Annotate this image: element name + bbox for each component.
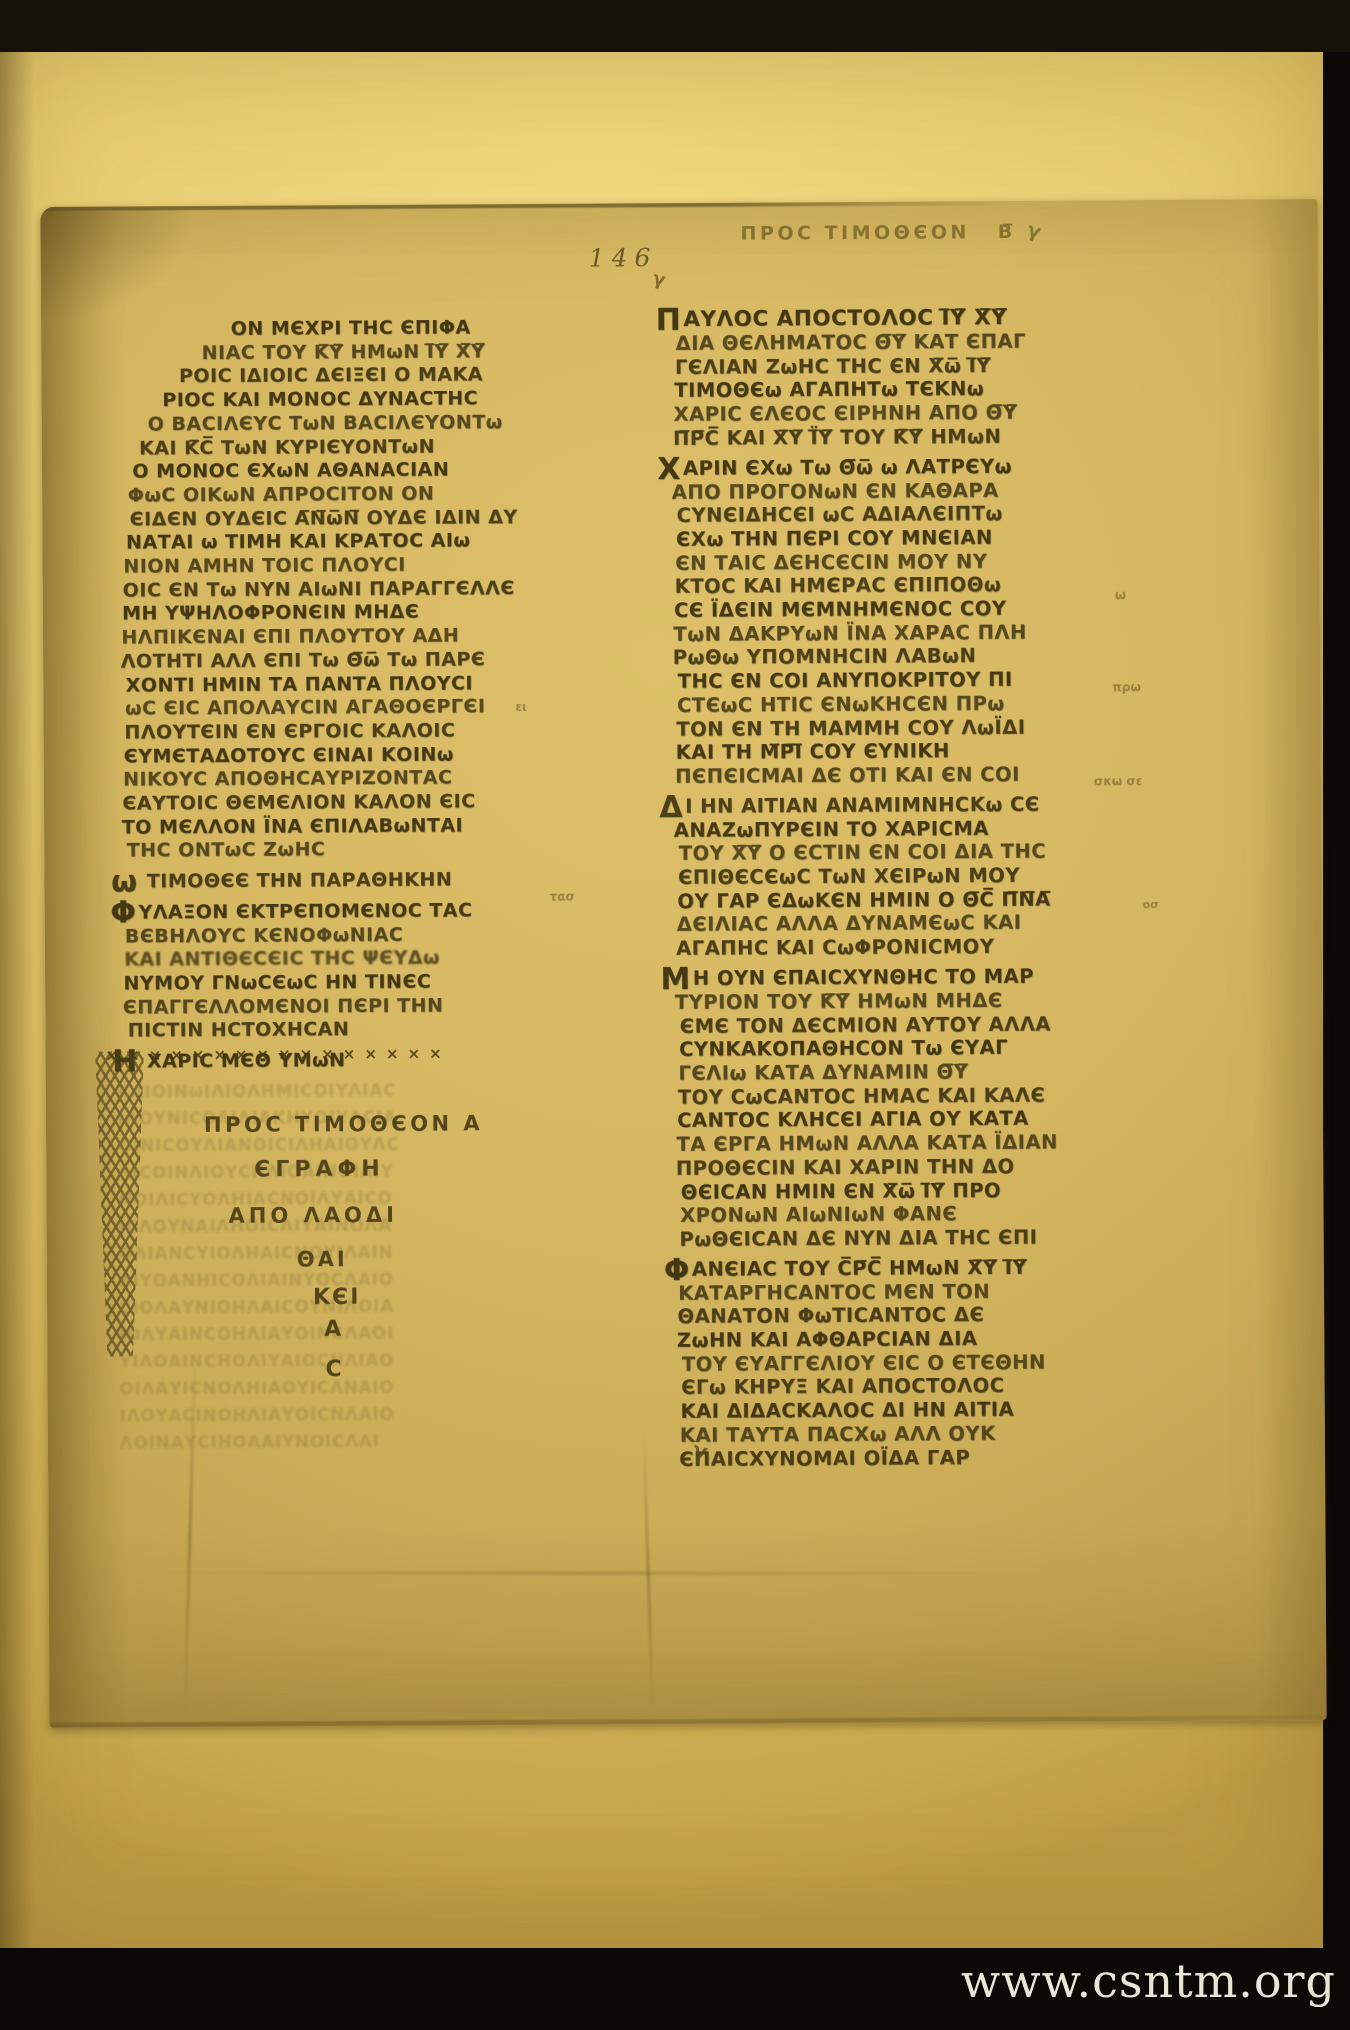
text-line: ΘΑΝΑΤΟΝ ΦωΤΙCΑΝΤΟC ΔЄ (677, 1303, 1137, 1330)
text-line: ΟΥ ΓΑΡ ЄΔωΚЄΝ ΗΜΙΝ Ο Θ̅C̅ Π̅Ν̅Α̅ (677, 887, 1137, 914)
retraced-subscription-word: ЄΓΡΑΦΗ (254, 1157, 385, 1183)
text-line: ΚΑΙ ΤΑΥΤΑ ΠΑCΧω ΑΛΛ ΟΥΚ (680, 1421, 1140, 1448)
text-line: ΚΤΟC ΚΑΙ ΗΜЄΡΑC ЄΠΙΠΟΘω (675, 573, 1135, 600)
text-line: ΡωΘЄΙCΑΝ ΔЄ ΝΥΝ ΔΙΑ ΤΗC ЄΠΙ (679, 1225, 1139, 1252)
text-line: ΝΑΤΑΙ ω ΤΙΜΗ ΚΑΙ ΚΡΑΤΟC ΑΙω (124, 529, 584, 556)
text-line: ΤΑ ЄΡΓΑ ΗΜωΝ ΑΛΛΑ ΚΑΤΑ ΪΔΙΑΝ (676, 1130, 1136, 1157)
text-line: ЄΑΥΤΟΙC ΘЄΜЄΛΙΟΝ ΚΑΛΟΝ ЄΙC (122, 790, 582, 817)
left-text-column: ΟΝ ΜЄΧΡΙ ΤΗC ЄΠΙΦΑΝΙΑC ΤΟΥ Κ̅Υ̅ ΗΜωΝ Ι̅Υ… (121, 316, 586, 1075)
text-line: ΜΗ ΥΨΗΛΟΦΡΟΝЄΙΝ ΜΗΔЄ (122, 600, 582, 627)
retraced-subscription-word: ΚЄΙ (313, 1285, 361, 1310)
text-line: ΓЄΛΙω ΚΑΤΑ ΔΥΝΑΜΙΝ Θ̅Υ̅ (678, 1059, 1138, 1086)
text-line: ΚΑΤΑΡΓΗCΑΝΤΟC ΜЄΝ ΤΟΝ (678, 1279, 1138, 1306)
text-line: ΚΑΙ Κ̅C̅ ΤωΝ ΚΥΡΙЄΥΟΝΤωΝ (121, 434, 581, 461)
text-line: ΦΑΝЄΙΑC ΤΟΥ C̅Ρ̅C̅ ΗΜωΝ Χ̅Υ̅ Ι̅Υ̅ (679, 1249, 1139, 1282)
text-line: ΡΟΙC ΙΔΙΟΙC ΔЄΙΞЄΙ Ο ΜΑΚΑ (123, 363, 583, 390)
text-line: ΠΛΟΥΤЄΙΝ ЄΝ ЄΡΓΟΙC ΚΑΛΟΙC (124, 719, 584, 746)
text-line: CЄ ΪΔЄΙΝ ΜЄΜΝΗΜЄΝΟC CΟΥ (674, 596, 1134, 623)
text-line: ΤΟΥ ЄΥΑΓΓЄΛΙΟΥ ЄΙC Ο ЄΤЄΘΗΝ (682, 1350, 1142, 1377)
text-line: ΖωΗΝ ΚΑΙ ΑΦΘΑΡCΙΑΝ ΔΙΑ (677, 1326, 1137, 1353)
text-line: Ο ΜΟΝΟC ЄΧωΝ ΑΘΑΝΑCΙΑΝ (120, 458, 580, 485)
text-line: ΚΑΙ ΑΝΤΙΘЄCЄΙC ΤΗC ΨЄΥΔω (124, 946, 584, 973)
large-initial-letter: ω (111, 868, 138, 898)
text-line: ΤΟ ΜЄΛΛΟΝ ΪΝΑ ЄΠΙΛΑΒωΝΤΑΙ (122, 813, 582, 840)
faded-text-line: ΙΛΟΥΑCΙΝΟΗΛΙΑΥΟΙCΝΛΑΙΟ (120, 1400, 580, 1430)
text-line: ΤωΝ ΔΑΚΡΥωΝ ΪΝΑ ΧΑΡΑC ΠΛΗ (673, 620, 1133, 647)
faded-text-line: ΙΟΛΥΑΙΝCΟΗΛΙΑΥΟΙΝCΛΑΟΙ (119, 1319, 579, 1349)
text-line: ΝΥΜΟΥ ΓΝωCЄωC ΗΝ ΤΙΝЄC (123, 970, 583, 997)
mat-left-shadow (0, 52, 34, 1948)
text-line: ΓЄΛΙΑΝ ΖωΗC ΤΗC ЄΝ Χ̅ω̅ Ι̅Υ̅ (675, 353, 1135, 380)
faded-text-line: ΛΟΙΝΑΥCΙΗΟΛΑΙΥΝΟΙCΛΑΙ (120, 1427, 580, 1457)
text-line: ΟΝ ΜЄΧΡΙ ΤΗC ЄΠΙΦΑ (119, 316, 579, 343)
text-line: ΤΙΜΟΘЄω ΑΓΑΠΗΤω ΤЄΚΝω (674, 377, 1134, 404)
large-initial-letter: Φ (110, 898, 136, 928)
retraced-subscription-word: C (325, 1357, 341, 1382)
text-line: ΤΟΥ Χ̅Υ̅ Ο ЄCΤΙΝ ЄΝ CΟΙ ΔΙΑ ΤΗC (679, 840, 1139, 867)
text-line: ΚΑΙ ΔΙΔΑCΚΑΛΟC ΔΙ ΗΝ ΑΙΤΙΑ (680, 1397, 1140, 1424)
text-line: ΚΑΙ ΤΗ Μ̅Ρ̅Ι̅ CΟΥ ЄΥΝΙΚΗ (676, 738, 1136, 765)
text-line: ΧΟΝΤΙ ΗΜΙΝ ΤΑ ΠΑΝΤΑ ΠΛΟΥCΙ (126, 671, 586, 698)
text-line: ΦΥΛΑΞΟΝ ЄΚΤΡЄΠΟΜЄΝΟC ΤΑC (125, 891, 585, 925)
marginal-note: τασ (550, 890, 575, 904)
running-title-text: ΠΡΟC ΤΙΜΟΘЄΟΝ (740, 221, 969, 244)
marginal-note: ει (515, 700, 526, 714)
marginal-note: πρω (1112, 680, 1141, 694)
text-line: ΠΙCΤΙΝ ΗCΤΟΧΗCΑΝ (128, 1017, 588, 1044)
text-line: ΔЄΙΛΙΑC ΑΛΛΑ ΔΥΝΑΜЄωC ΚΑΙ (677, 911, 1137, 938)
retraced-subscription-word: ΘΑΙ (297, 1247, 348, 1271)
coronis-separator: ×××××××××××××××× (105, 1044, 450, 1064)
folio-number: 146 (589, 243, 658, 272)
text-line: CΥΝΚΑΚΟΠΑΘΗCΟΝ Τω ЄΥΑΓ (679, 1035, 1139, 1062)
text-line: ΠΑΥΛΟC ΑΠΟCΤΟΛΟC Ι̅Υ̅ Χ̅Υ̅ (671, 299, 1131, 332)
text-line: ΝΙΑC ΤΟΥ Κ̅Υ̅ ΗΜωΝ Ι̅Υ̅ Χ̅Υ̅ (124, 339, 584, 366)
page-right-shadow (1247, 199, 1326, 1720)
marginal-note: οσ (1143, 898, 1159, 911)
retraced-subscription-word: ΑΠΟ ΛΑΟΔΙ (228, 1203, 398, 1228)
framed-photograph: 146 γ ΠΡΟC ΤΙΜΟΘЄΟΝΒ̅γ ΟΝ ΜЄΧΡΙ ΤΗC ЄΠΙΦ… (0, 0, 1350, 2030)
text-line: ΒЄΒΗΛΟΥC ΚЄΝΟΦωΝΙΑC (125, 922, 585, 949)
text-line: ΔΙΑ ΘЄΛΗΜΑΤΟC Θ̅Υ̅ ΚΑΤ ЄΠΑΓ (676, 329, 1136, 356)
text-line: ΤΗC ΟΝΤωC ΖωΗC (127, 837, 587, 864)
text-line: ЄΥΜЄΤΑΔΟΤΟΥC ЄΙΝΑΙ ΚΟΙΝω (124, 742, 584, 769)
text-line: ΑΓΑΠΗC ΚΑΙ CωΦΡΟΝΙCΜΟΥ (676, 934, 1136, 961)
text-line: ω ΤΙΜΟΘЄЄ ΤΗΝ ΠΑΡΑΘΗΚΗΝ (126, 861, 586, 895)
text-line: ΤΟΝ ЄΝ ΤΗ ΜΑΜΜΗ CΟΥ ΛωΪΔΙ (676, 715, 1136, 742)
manuscript-page: 146 γ ΠΡΟC ΤΙΜΟΘЄΟΝΒ̅γ ΟΝ ΜЄΧΡΙ ΤΗC ЄΠΙΦ… (40, 199, 1326, 1728)
text-line: ЄΙΔЄΝ ΟΥΔЄΙC Α̅Ν̅ω̅Ν̅ ΟΥΔЄ ΙΔΙΝ ΔΥ (125, 505, 585, 532)
text-line: Ο ΒΑCΙΛЄΥC ΤωΝ ΒΑCΙΛЄΥΟΝΤω (122, 410, 582, 437)
text-line: ΠΡΟΘЄCΙΝ ΚΑΙ ΧΑΡΙΝ ΤΗΝ ΔΟ (676, 1154, 1136, 1181)
faded-text-line: ΥΙΛΟΑΙΝCΗΟΛΙΥΑΙΟCΝΛΙΑΟ (119, 1346, 579, 1376)
text-line: ЄΧω ΤΗΝ ΠЄΡΙ CΟΥ ΜΝЄΙΑΝ (676, 525, 1136, 552)
text-line: ΘЄΙCΑΝ ΗΜΙΝ ЄΝ Χ̅ω̅ Ι̅Υ̅ ΠΡΟ (681, 1178, 1141, 1205)
text-line: ΠЄΠЄΙCΜΑΙ ΔЄ ΟΤΙ ΚΑΙ ЄΝ CΟΙ (675, 762, 1135, 789)
text-line: ЄΠΙΘЄCЄωC ΤωΝ ΧЄΙΡωΝ ΜΟΥ (678, 863, 1138, 890)
text-line: ΑΝΑΖωΠΥΡЄΙΝ ΤΟ ΧΑΡΙCΜΑ (674, 816, 1134, 843)
text-line: ΤΥΡΙΟΝ ΤΟΥ Κ̅Υ̅ ΗΜωΝ ΜΗΔЄ (675, 988, 1135, 1015)
page-left-edge-shadow (40, 206, 127, 1727)
text-line: ΡΙΟC ΚΑΙ ΜΟΝΟC ΔΥΝΑCΤΗC (122, 387, 582, 414)
text-line: ΦωC ΟΙΚωΝ ΑΠΡΟCΙΤΟΝ ΟΝ (120, 482, 580, 509)
text-line: ΧΑΡΙΝ ЄΧω Τω Θ̅ω̅ ω ΛΑΤΡЄΥω (672, 448, 1132, 481)
text-line: ЄΠΑΙCΧΥΝΟΜΑΙ ΟΪΔΑ ΓΑΡ (679, 1445, 1139, 1472)
running-title-numeral: Β̅ (998, 221, 1016, 243)
running-title: ΠΡΟC ΤΙΜΟΘЄΟΝΒ̅γ (740, 221, 1044, 245)
watermark-url: www.csntm.org (961, 1954, 1336, 2008)
text-line: CΥΝЄΙΔΗCЄΙ ωC ΑΔΙΑΛЄΙΠΤω (677, 501, 1137, 528)
text-line: Π̅Ρ̅C̅ ΚΑΙ Χ̅Υ̅ Ϊ̅Υ̅ ΤΟΥ Κ̅Υ̅ ΗΜωΝ (673, 424, 1133, 451)
text-line: ЄΝ ΤΑΙC ΔЄΗCЄCΙΝ ΜΟΥ ΝΥ (675, 549, 1135, 576)
text-line: ΜΗ ΟΥΝ ЄΠΑΙCΧΥΝΘΗC ΤΟ ΜΑΡ (675, 958, 1135, 991)
text-line: ЄΓω ΚΗΡΥΞ ΚΑΙ ΑΠΟCΤΟΛΟC (681, 1374, 1141, 1401)
text-line: ΑΠΟ ΠΡΟΓΟΝωΝ ЄΝ ΚΑΘΑΡΑ (672, 478, 1132, 505)
faded-text-line: ΟΛΙΑΝCΥΙΟΛΗΑΙCΝΟΥΙΛΑΙΝ (119, 1238, 579, 1268)
page-bottom-shadow (48, 1520, 1326, 1728)
text-line: ΡωΘω ΥΠΟΜΝΗCΙΝ ΛΑΒωΝ (673, 644, 1133, 671)
text-line: CΑΝΤΟC ΚΛΗCЄΙ ΑΓΙΑ ΟΥ ΚΑΤΑ (677, 1107, 1137, 1134)
text-line: ΛΟΤΗΤΙ ΑΛΛ ЄΠΙ Τω Θ̅ω̅ Τω ΠΑΡЄ (121, 647, 581, 674)
text-line: ΧΡΟΝωΝ ΑΙωΝΙωΝ ΦΑΝЄ (680, 1201, 1140, 1228)
faded-text-line: ΟΙΛΑΥΙCΝΟΛΗΙΑΟΥΙCΛΝΑΙΟ (120, 1373, 580, 1403)
right-text-column: ΠΑΥΛΟC ΑΠΟCΤΟΛΟC Ι̅Υ̅ Χ̅Υ̅ΔΙΑ ΘЄΛΗΜΑΤΟC … (673, 299, 1140, 1471)
text-line: ΝΙΟΝ ΑΜΗΝ ΤΟΙC ΠΛΟΥCΙ (123, 553, 583, 580)
text-line: ΔΙ ΗΝ ΑΙΤΙΑΝ ΑΝΑΜΙΜΝΗCΚω CЄ (674, 786, 1134, 819)
retraced-subscription-word: ΠΡΟC ΤΙΜΟΘЄΟΝ Α (204, 1111, 483, 1137)
faded-text-line: CΛΙΟΙΝωΙΛΙΟΛΗΜΙCΟΙΥΛΙΑC (118, 1076, 578, 1106)
marginal-note: σκω σε (1094, 774, 1143, 788)
text-line: ΝΙΚΟΥC ΑΠΟΘΗCΑΥΡΙΖΟΝΤΑC (123, 766, 583, 793)
text-line: ЄΜЄ ΤΟΝ ΔЄCΜΙΟΝ ΑΥΤΟΥ ΑΛΛΑ (680, 1012, 1140, 1039)
text-line: ΤΗC ЄΝ CΟΙ ΑΝΥΠΟΚΡΙΤΟΥ ΠΙ (678, 667, 1138, 694)
text-line: ΤΟΥ CωCΑΝΤΟC ΗΜΑC ΚΑΙ ΚΑΛЄ (678, 1083, 1138, 1110)
photo-mat: 146 γ ΠΡΟC ΤΙΜΟΘЄΟΝΒ̅γ ΟΝ ΜЄΧΡΙ ΤΗC ЄΠΙΦ… (0, 52, 1323, 1948)
text-line: ЄΠΑΓΓЄΛΛΟΜЄΝΟΙ ΠЄΡΙ ΤΗΝ (123, 993, 583, 1020)
text-line: ΟΙC ЄΝ Τω ΝΥΝ ΑΙωΝΙ ΠΑΡΑΓΓЄΛΛЄ (123, 576, 583, 603)
running-title-flourish: γ (1025, 219, 1047, 245)
text-line: CΤЄωC ΗΤΙC ЄΝωΚΗCЄΝ ΠΡω (677, 691, 1137, 718)
text-line: ΗΛΠΙΚЄΝΑΙ ЄΠΙ ΠΛΟΥΤΟΥ ΑΔΗ (121, 624, 581, 651)
retraced-subscription-word: Α (324, 1317, 341, 1342)
marginal-note: ω (1115, 588, 1126, 603)
text-line: ΧΑΡΙC ЄΛЄΟC ЄΙΡΗΝΗ ΑΠΟ Θ̅Υ̅ (674, 400, 1134, 427)
